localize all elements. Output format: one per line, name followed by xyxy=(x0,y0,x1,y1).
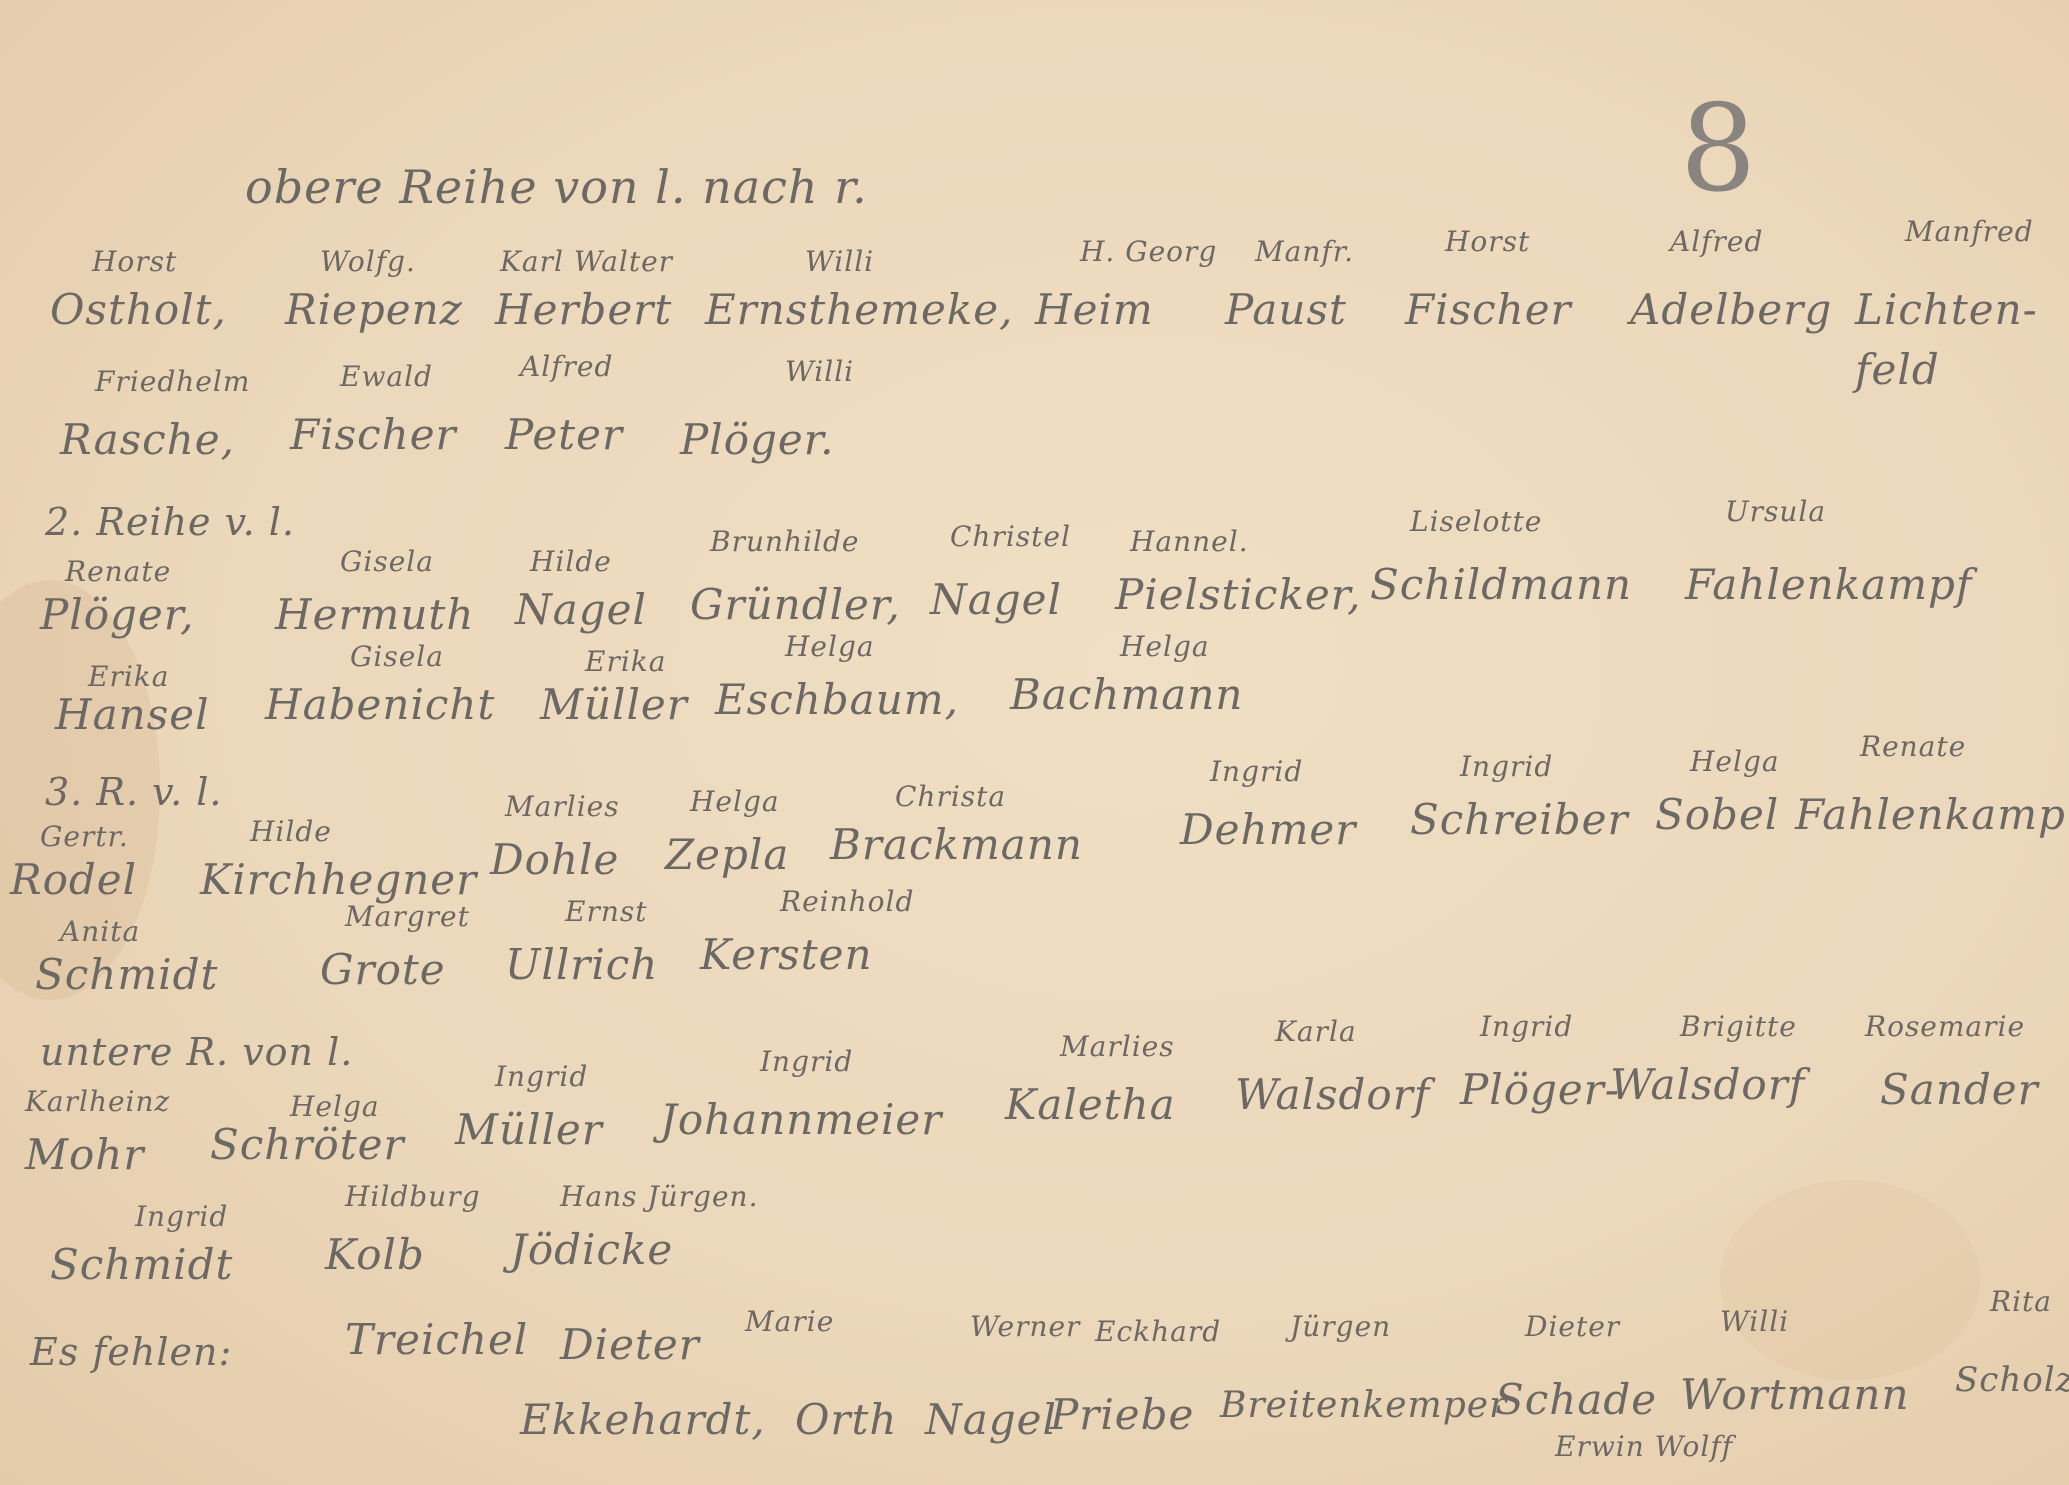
surname: Fahlenkamp xyxy=(1795,790,2066,839)
surname: Dehmer xyxy=(1180,805,1356,854)
surname: Kolb xyxy=(325,1230,425,1279)
first-name: Marie xyxy=(745,1305,834,1338)
surname: Breitenkemper xyxy=(1220,1385,1507,1426)
surname: Sobel xyxy=(1655,790,1779,839)
surname: Pielsticker, xyxy=(1115,570,1362,619)
surname: Ernsthemeke, xyxy=(705,285,1013,334)
surname: Walsdorf xyxy=(1235,1070,1430,1119)
first-name: Rosemarie xyxy=(1865,1010,2025,1043)
first-name: Helga xyxy=(785,630,875,663)
surname: Dohle xyxy=(490,835,619,884)
first-name: Gisela xyxy=(350,640,444,673)
surname: Kaletha xyxy=(1005,1080,1176,1129)
surname: Nagel xyxy=(930,575,1062,624)
first-name: Eckhard xyxy=(1095,1315,1221,1348)
first-name: Wolfg. xyxy=(320,245,416,278)
surname: Ullrich xyxy=(505,940,658,989)
surname: Scholz xyxy=(1955,1360,2069,1400)
surname: Schmidt xyxy=(50,1240,233,1289)
surname: Heim xyxy=(1035,285,1154,334)
first-name: Anita xyxy=(60,915,140,948)
first-name: Karla xyxy=(1275,1015,1357,1048)
first-name: Helga xyxy=(690,785,780,818)
surname: Grote xyxy=(320,945,446,994)
first-name: Margret xyxy=(345,900,470,933)
first-name: Alfred xyxy=(520,350,613,383)
section-heading-third-row: 3. R. v. l. xyxy=(45,770,222,814)
section-heading-top-row: obere Reihe von l. nach r. xyxy=(245,160,868,214)
surname: Ekkehardt, xyxy=(520,1395,766,1444)
first-name: Helga xyxy=(290,1090,380,1123)
section-heading-missing: Es fehlen: xyxy=(30,1330,232,1374)
surname: Dieter xyxy=(560,1320,700,1369)
surname: Schildmann xyxy=(1370,560,1632,609)
first-name: Renate xyxy=(65,555,171,588)
surname: Wortmann xyxy=(1680,1370,1910,1419)
first-name: Liselotte xyxy=(1410,505,1542,538)
first-name: Marlies xyxy=(505,790,620,823)
first-name: Hildburg xyxy=(345,1180,481,1213)
first-name: Helga xyxy=(1690,745,1780,778)
first-name: Jürgen xyxy=(1290,1310,1391,1343)
first-name: Erika xyxy=(585,645,666,678)
first-name: Christa xyxy=(895,780,1006,813)
first-name: Ursula xyxy=(1725,495,1826,528)
first-name: Willi xyxy=(1720,1305,1789,1338)
surname: Brackmann xyxy=(830,820,1083,869)
first-name: Gisela xyxy=(340,545,434,578)
first-name: Marlies xyxy=(1060,1030,1175,1063)
first-name: Alfred xyxy=(1670,225,1763,258)
section-heading-second-row: 2. Reihe v. l. xyxy=(45,500,295,544)
surname: Adelberg xyxy=(1630,285,1832,334)
page-number: 8 xyxy=(1680,80,1757,219)
surname: Plöger, xyxy=(40,590,195,639)
first-name: Ingrid xyxy=(1480,1010,1573,1043)
first-name: Gertr. xyxy=(40,820,129,853)
first-name: Ingrid xyxy=(1460,750,1553,783)
first-name: Hannel. xyxy=(1130,525,1249,558)
surname: Fahlenkampf xyxy=(1685,560,1972,609)
surname: Kersten xyxy=(700,930,873,979)
surname: Orth xyxy=(795,1395,897,1444)
surname: Habenicht xyxy=(265,680,495,729)
surname: Mohr xyxy=(25,1130,144,1179)
surname: Johannmeier xyxy=(660,1095,942,1144)
surname: Plöger. xyxy=(680,415,835,464)
first-name: Werner xyxy=(970,1310,1080,1343)
first-name: Hans Jürgen. xyxy=(560,1180,758,1213)
first-name: Erika xyxy=(88,660,169,693)
surname: Plöger- xyxy=(1460,1065,1620,1114)
document-page: 8 obere Reihe von l. nach r. Horst Ostho… xyxy=(0,0,2069,1485)
paper-stain xyxy=(1720,1180,1980,1380)
surname: Paust xyxy=(1225,285,1347,334)
surname: Fischer xyxy=(290,410,457,459)
surname: Eschbaum, xyxy=(715,675,959,724)
surname: Schade xyxy=(1495,1375,1657,1424)
surname: Hansel xyxy=(55,690,210,739)
surname: Peter xyxy=(505,410,623,459)
surname: Treichel xyxy=(345,1315,528,1364)
surname: Bachmann xyxy=(1010,670,1243,719)
first-name: Willi xyxy=(805,245,874,278)
surname: Rodel xyxy=(10,855,137,904)
first-name: Ingrid xyxy=(760,1045,853,1078)
first-name: Hilde xyxy=(530,545,612,578)
first-name: Manfred xyxy=(1905,215,2034,248)
first-name: Rita xyxy=(1990,1285,2052,1318)
surname: Erwin Wolff xyxy=(1555,1430,1733,1463)
first-name: Karl Walter xyxy=(500,245,673,278)
first-name: Renate xyxy=(1860,730,1966,763)
surname: Fischer xyxy=(1405,285,1572,334)
first-name: Horst xyxy=(1445,225,1530,258)
first-name: Ingrid xyxy=(495,1060,588,1093)
surname: Nagel xyxy=(925,1395,1057,1444)
section-heading-bottom-row: untere R. von l. xyxy=(40,1030,353,1074)
surname: Riepenz xyxy=(285,285,463,334)
surname: Schmidt xyxy=(35,950,218,999)
surname: Lichten-feld xyxy=(1855,280,2045,400)
first-name: Reinhold xyxy=(780,885,914,918)
first-name: Helga xyxy=(1120,630,1210,663)
surname: Schröter xyxy=(210,1120,405,1169)
surname: Müller xyxy=(455,1105,603,1154)
surname: Müller xyxy=(540,680,688,729)
first-name: Ernst xyxy=(565,895,647,928)
surname: Sander xyxy=(1880,1065,2039,1114)
surname: Zepla xyxy=(665,830,789,879)
first-name: Brigitte xyxy=(1680,1010,1797,1043)
first-name: Manfr. xyxy=(1255,235,1354,268)
first-name: Friedhelm xyxy=(95,365,250,398)
surname: Nagel xyxy=(515,585,647,634)
first-name: Ingrid xyxy=(1210,755,1303,788)
first-name: Karlheinz xyxy=(25,1085,170,1118)
surname: Walsdorf xyxy=(1610,1060,1805,1109)
surname: Priebe xyxy=(1050,1390,1194,1439)
first-name: Willi xyxy=(785,355,854,388)
surname: Hermuth xyxy=(275,590,474,639)
surname: Ostholt, xyxy=(50,285,227,334)
surname: Rasche, xyxy=(60,415,235,464)
first-name: Christel xyxy=(950,520,1071,553)
surname: Kirchhegner xyxy=(200,855,477,904)
first-name: Ewald xyxy=(340,360,433,393)
surname: Jödicke xyxy=(510,1225,673,1274)
first-name: Horst xyxy=(92,245,177,278)
surname: Herbert xyxy=(495,285,672,334)
surname: Gründler, xyxy=(690,580,901,629)
first-name: Hilde xyxy=(250,815,332,848)
first-name: Brunhilde xyxy=(710,525,859,558)
first-name: Dieter xyxy=(1525,1310,1620,1343)
surname: Schreiber xyxy=(1410,795,1629,844)
first-name: Ingrid xyxy=(135,1200,228,1233)
first-name: H. Georg xyxy=(1080,235,1217,268)
